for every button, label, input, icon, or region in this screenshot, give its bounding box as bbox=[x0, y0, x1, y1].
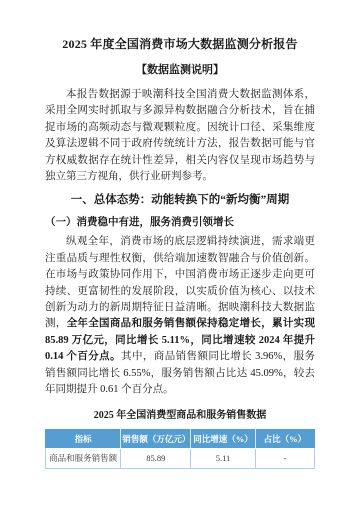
report-title: 2025 年度全国消费市场大数据监测分析报告 bbox=[45, 36, 315, 52]
sales-data-table: 指标 销售额（万亿元） 同比增速（%） 占比（%） 商品和服务销售额 85.89… bbox=[45, 429, 315, 469]
table-cell-indicator: 商品和服务销售额 bbox=[46, 448, 121, 468]
table-header-share: 占比（%） bbox=[255, 429, 314, 448]
section-1-heading: 一、总体态势：动能转换下的“新均衡”周期 bbox=[45, 193, 315, 208]
data-monitoring-note-title: 【数据监测说明】 bbox=[45, 63, 315, 78]
table-cell-sales: 85.89 bbox=[121, 448, 191, 468]
table-cell-share: - bbox=[255, 448, 314, 468]
table-row: 商品和服务销售额 85.89 5.11 - bbox=[46, 448, 315, 468]
table-header-sales: 销售额（万亿元） bbox=[121, 429, 191, 448]
table-header-yoy-growth: 同比增速（%） bbox=[191, 429, 256, 448]
market-overview-paragraph: 纵观全年，消费市场的底层逻辑持续演进，需求端更注重品质与理性权衡，供给端加速数智… bbox=[45, 234, 315, 398]
sales-table-title: 2025 年全国消费型商品和服务销售数据 bbox=[45, 409, 315, 423]
table-header-row: 指标 销售额（万亿元） 同比增速（%） 占比（%） bbox=[46, 429, 315, 448]
subsection-1-heading: （一）消费稳中有进，服务消费引领增长 bbox=[45, 215, 315, 230]
table-header-indicator: 指标 bbox=[46, 429, 121, 448]
data-monitoring-note-paragraph: 本报告数据源于映潮科技全国消费大数据监测体系，采用全网实时抓取与多源异构数据融合… bbox=[45, 87, 315, 185]
report-page: 2025 年度全国消费市场大数据监测分析报告 【数据监测说明】 本报告数据源于映… bbox=[0, 0, 360, 509]
overview-text-lead: 纵观全年，消费市场的底层逻辑持续演进，需求端更注重品质与理性权衡，供给端加速数智… bbox=[45, 236, 315, 329]
table-cell-yoy-growth: 5.11 bbox=[191, 448, 256, 468]
